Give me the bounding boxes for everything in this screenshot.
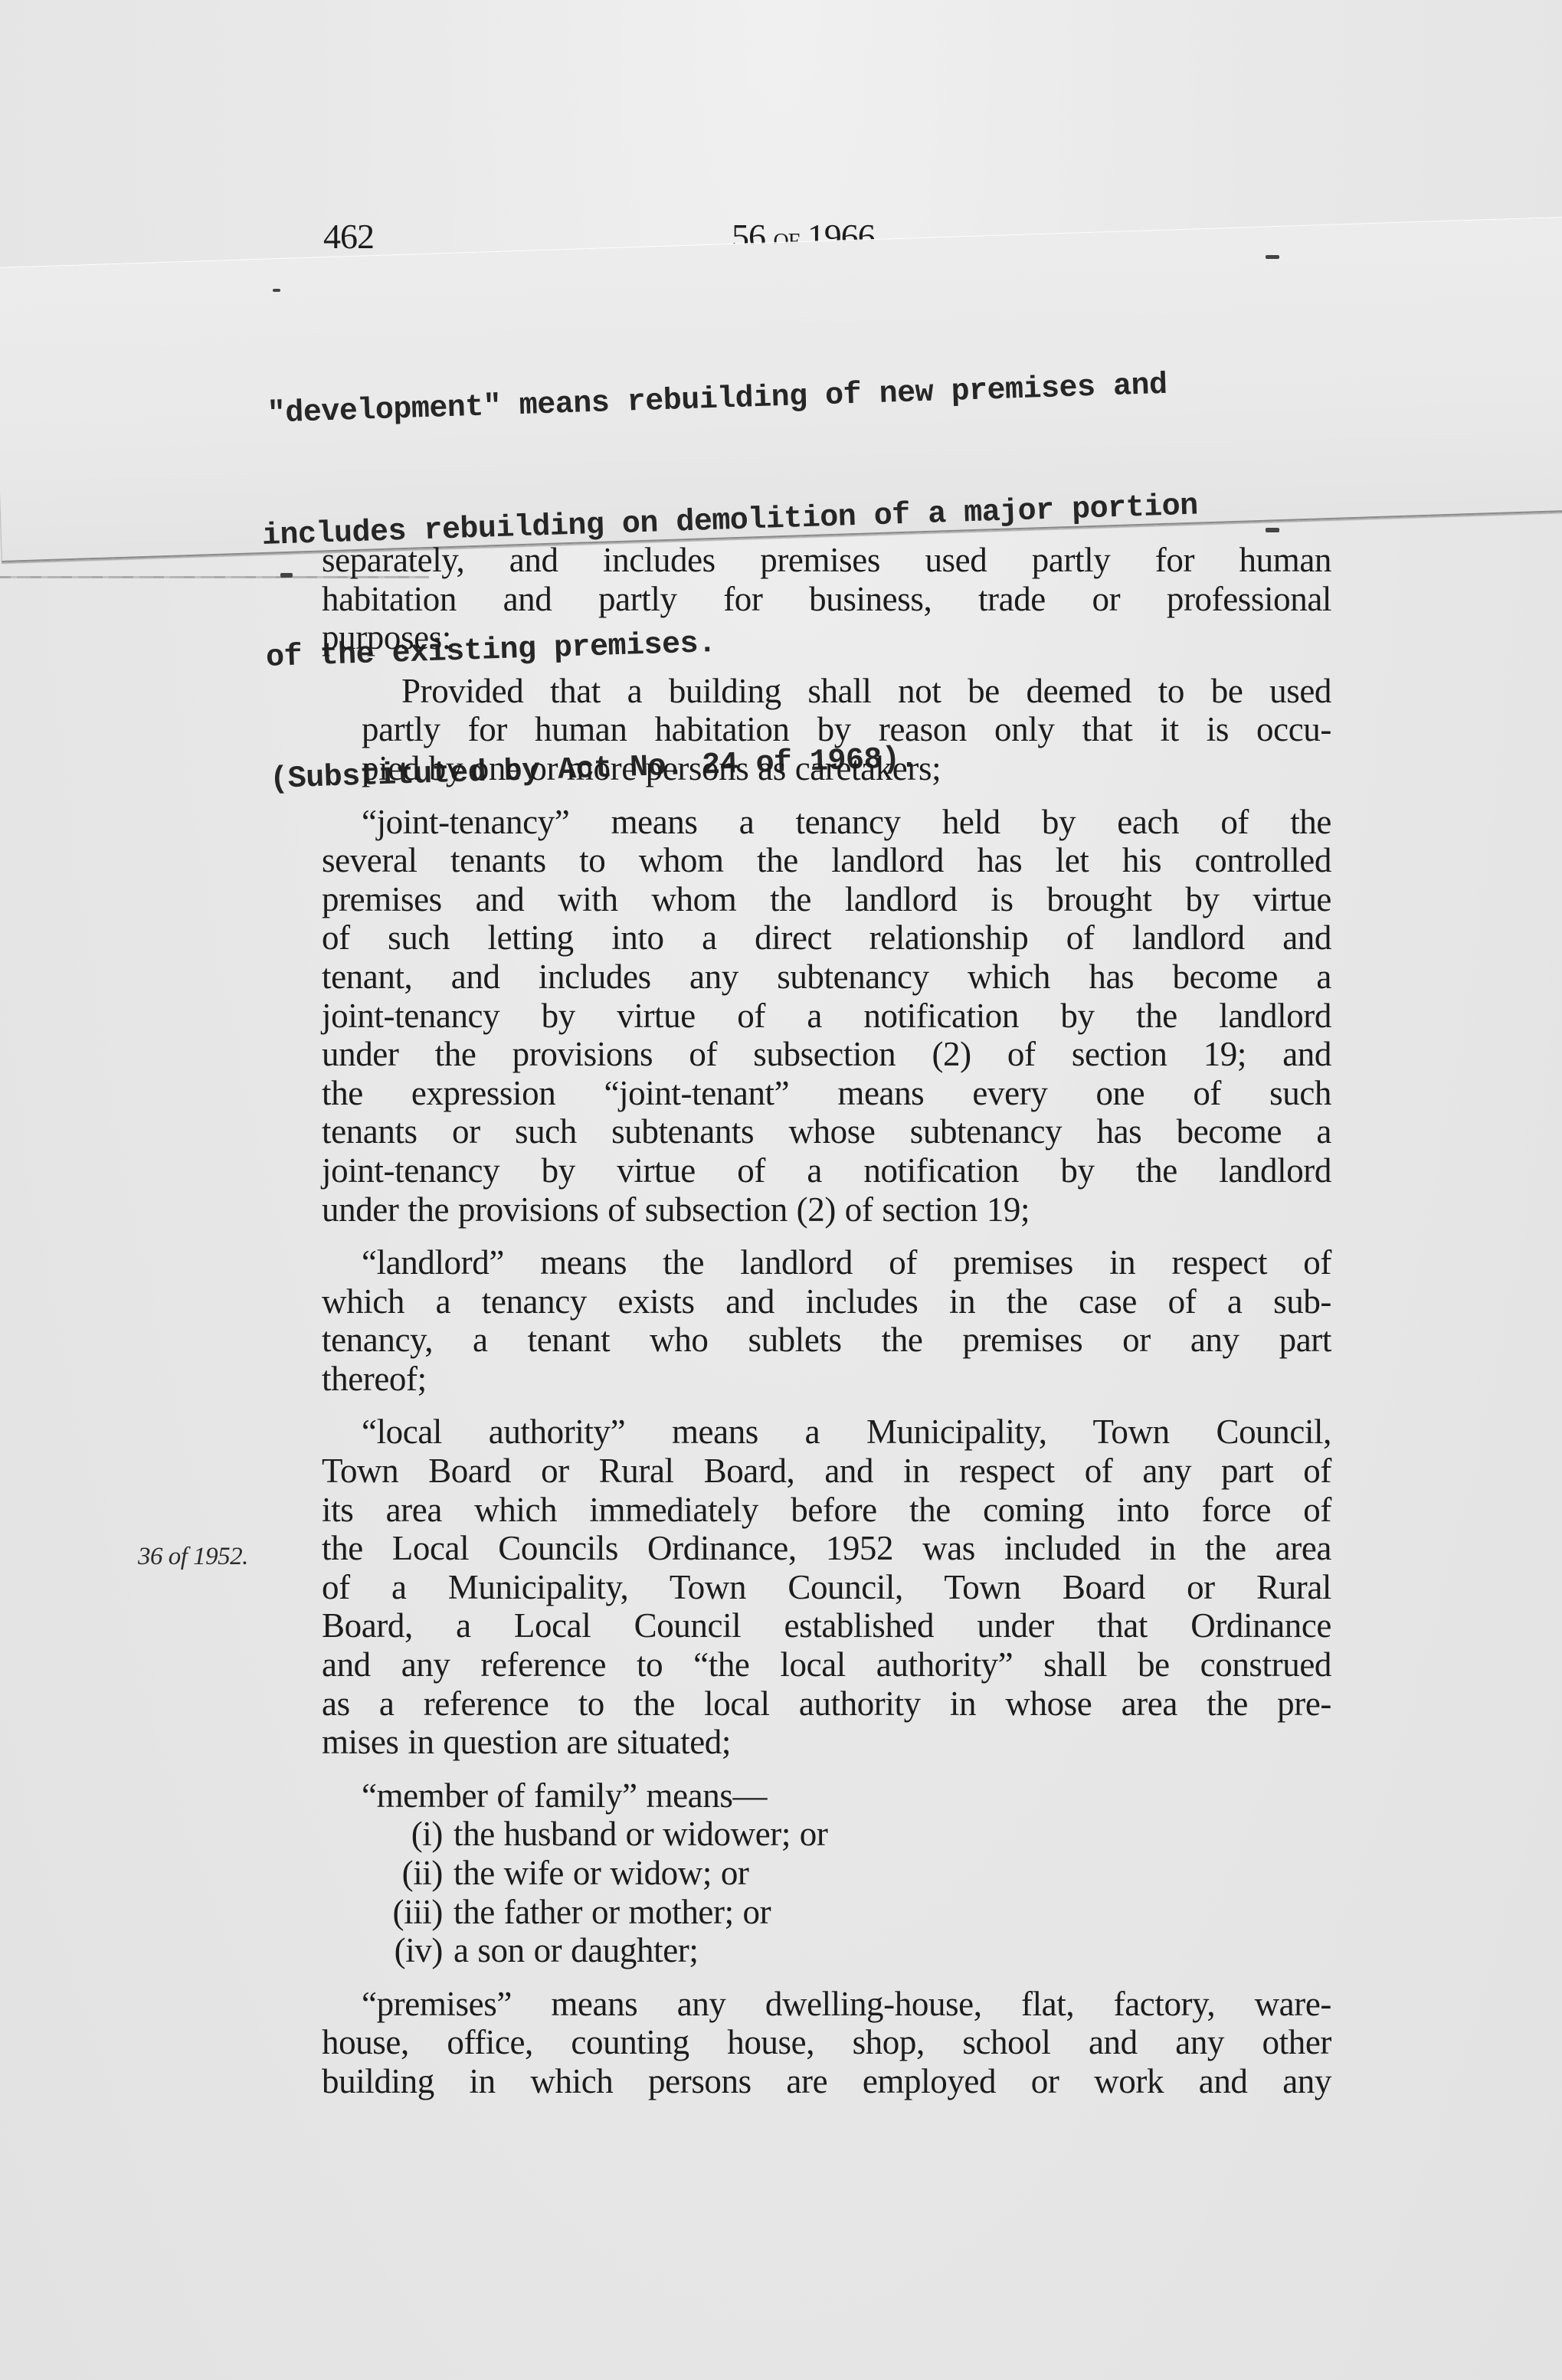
ink-fleck bbox=[1266, 528, 1279, 532]
text-line: purposes: bbox=[322, 618, 1331, 657]
text-line: and any reference to “the local authorit… bbox=[322, 1645, 1331, 1684]
definition-premises: “premises” means any dwelling-house, fla… bbox=[322, 1985, 1331, 2101]
list-item: (ii)the wife or widow; or bbox=[322, 1854, 1331, 1893]
show-through-text bbox=[315, 250, 1325, 283]
text-line: “joint-tenancy” means a tenancy held by … bbox=[322, 803, 1331, 842]
text-line: the expression “joint-tenant” means ever… bbox=[322, 1074, 1331, 1113]
list-item-text: the wife or widow; or bbox=[454, 1854, 749, 1893]
page-number: 462 bbox=[323, 216, 374, 257]
text-line: “premises” means any dwelling-house, fla… bbox=[322, 1985, 1331, 2024]
definition-member-of-family: “member of family” means— (i)the husband… bbox=[322, 1776, 1331, 1970]
text-line: “local authority” means a Municipality, … bbox=[322, 1413, 1331, 1452]
definition-joint-tenancy: “joint-tenancy” means a tenancy held by … bbox=[322, 803, 1331, 1229]
text-line: separately, and includes premises used p… bbox=[322, 541, 1331, 580]
definition-landlord: “landlord” means the landlord of premise… bbox=[322, 1243, 1331, 1398]
text-line: which a tenancy exists and includes in t… bbox=[322, 1282, 1331, 1321]
margin-note-ordinance: 36 of 1952. bbox=[138, 1543, 248, 1571]
list-item: (iii)the father or mother; or bbox=[322, 1893, 1331, 1932]
paragraph-proviso: Provided that a building shall not be de… bbox=[322, 672, 1331, 788]
amendment-slip: "development" means rebuilding of new pr… bbox=[0, 218, 1562, 562]
list-item: (i)the husband or widower; or bbox=[322, 1815, 1331, 1854]
list-item-label: (i) bbox=[322, 1815, 454, 1854]
text-line: mises in question are situated; bbox=[322, 1723, 1331, 1762]
text-line: pied by one or more persons as caretaker… bbox=[322, 749, 1331, 788]
text-line: as a reference to the local authority in… bbox=[322, 1684, 1331, 1724]
text-line: Town Board or Rural Board, and in respec… bbox=[322, 1452, 1331, 1491]
family-member-list: (i)the husband or widower; or (ii)the wi… bbox=[322, 1815, 1331, 1969]
list-item-label: (iii) bbox=[322, 1893, 454, 1932]
text-line: under the provisions of subsection (2) o… bbox=[322, 1035, 1331, 1074]
list-item-label: (iv) bbox=[322, 1931, 454, 1970]
text-line: “member of family” means— bbox=[322, 1776, 1331, 1815]
list-item-text: a son or daughter; bbox=[454, 1931, 698, 1970]
amendment-line: "development" means rebuilding of new pr… bbox=[257, 360, 1331, 435]
document-page: 462 56 of 1966 "development" means rebui… bbox=[0, 0, 1562, 2380]
text-line: its area which immediately before the co… bbox=[322, 1491, 1331, 1530]
text-line: building in which persons are employed o… bbox=[322, 2062, 1331, 2101]
text-line: Provided that a building shall not be de… bbox=[322, 672, 1331, 711]
definition-local-authority: “local authority” means a Municipality, … bbox=[322, 1413, 1331, 1761]
paragraph-premises-continued: separately, and includes premises used p… bbox=[322, 541, 1331, 657]
text-line: the Local Councils Ordinance, 1952 was i… bbox=[322, 1529, 1331, 1568]
text-line: house, office, counting house, shop, sch… bbox=[322, 2023, 1331, 2062]
text-line: under the provisions of subsection (2) o… bbox=[322, 1190, 1331, 1229]
text-line: tenant, and includes any subtenancy whic… bbox=[322, 958, 1331, 997]
text-line: Board, a Local Council established under… bbox=[322, 1606, 1331, 1645]
list-item-text: the father or mother; or bbox=[454, 1893, 771, 1932]
ink-fleck bbox=[273, 289, 280, 292]
ink-fleck bbox=[1266, 255, 1279, 259]
text-line: tenants or such subtenants whose subtena… bbox=[322, 1112, 1331, 1151]
text-line: several tenants to whom the landlord has… bbox=[322, 841, 1331, 880]
list-item-label: (ii) bbox=[322, 1854, 454, 1893]
body-text: separately, and includes premises used p… bbox=[322, 541, 1331, 2101]
text-line: joint-tenancy by virtue of a notificatio… bbox=[322, 997, 1331, 1036]
list-item: (iv)a son or daughter; bbox=[322, 1931, 1331, 1970]
ink-fleck bbox=[280, 573, 293, 578]
list-item-text: the husband or widower; or bbox=[454, 1815, 828, 1854]
text-line: “landlord” means the landlord of premise… bbox=[322, 1243, 1331, 1282]
text-line: habitation and partly for business, trad… bbox=[322, 580, 1331, 619]
text-line: tenancy, a tenant who sublets the premis… bbox=[322, 1321, 1331, 1360]
text-line: partly for human habitation by reason on… bbox=[322, 710, 1331, 749]
text-line: premises and with whom the landlord is b… bbox=[322, 880, 1331, 919]
text-line: of such letting into a direct relationsh… bbox=[322, 918, 1331, 958]
text-line: thereof; bbox=[322, 1360, 1331, 1399]
text-line: joint-tenancy by virtue of a notificatio… bbox=[322, 1151, 1331, 1190]
text-line: of a Municipality, Town Council, Town Bo… bbox=[322, 1568, 1331, 1607]
